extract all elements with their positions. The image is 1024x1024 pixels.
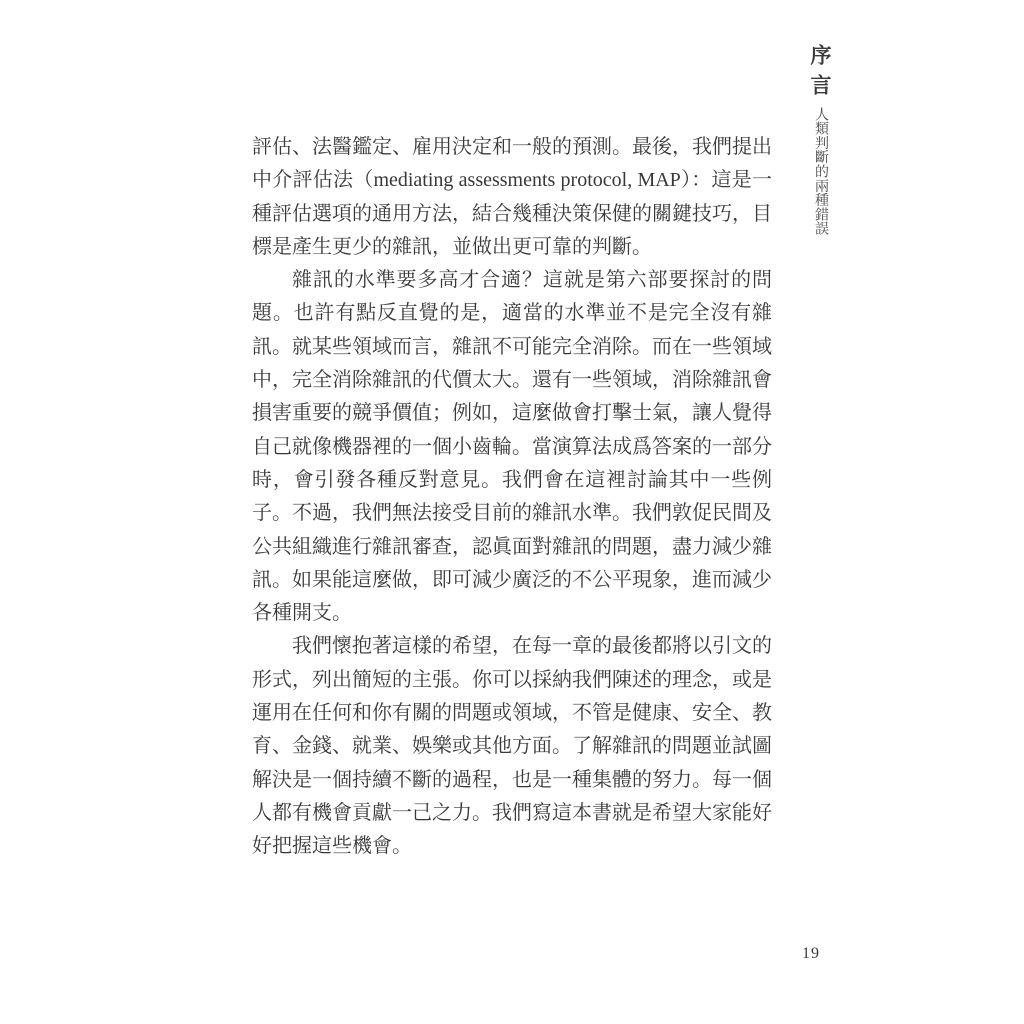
body-paragraph: 評估、法醫鑑定、雇用決定和一般的預測。最後，我們提出中介評估法（mediatin… <box>252 131 772 264</box>
running-head: 序言人類判斷的兩種錯誤 <box>805 44 835 236</box>
running-head-subtitle: 人類判斷的兩種錯誤 <box>813 107 828 236</box>
page-number: 19 <box>802 945 820 963</box>
body-text-block: 評估、法醫鑑定、雇用決定和一般的預測。最後，我們提出中介評估法（mediatin… <box>252 131 772 864</box>
body-paragraph: 雜訊的水準要多高才合適？這就是第六部要探討的問題。也許有點反直覺的是，適當的水準… <box>252 264 772 630</box>
running-head-section-title: 序言 <box>808 44 832 104</box>
body-paragraph: 我們懷抱著這樣的希望，在每一章的最後都將以引文的形式，列出簡短的主張。你可以採納… <box>252 630 772 863</box>
book-page: 序言人類判斷的兩種錯誤 評估、法醫鑑定、雇用決定和一般的預測。最後，我們提出中介… <box>0 0 1024 1024</box>
